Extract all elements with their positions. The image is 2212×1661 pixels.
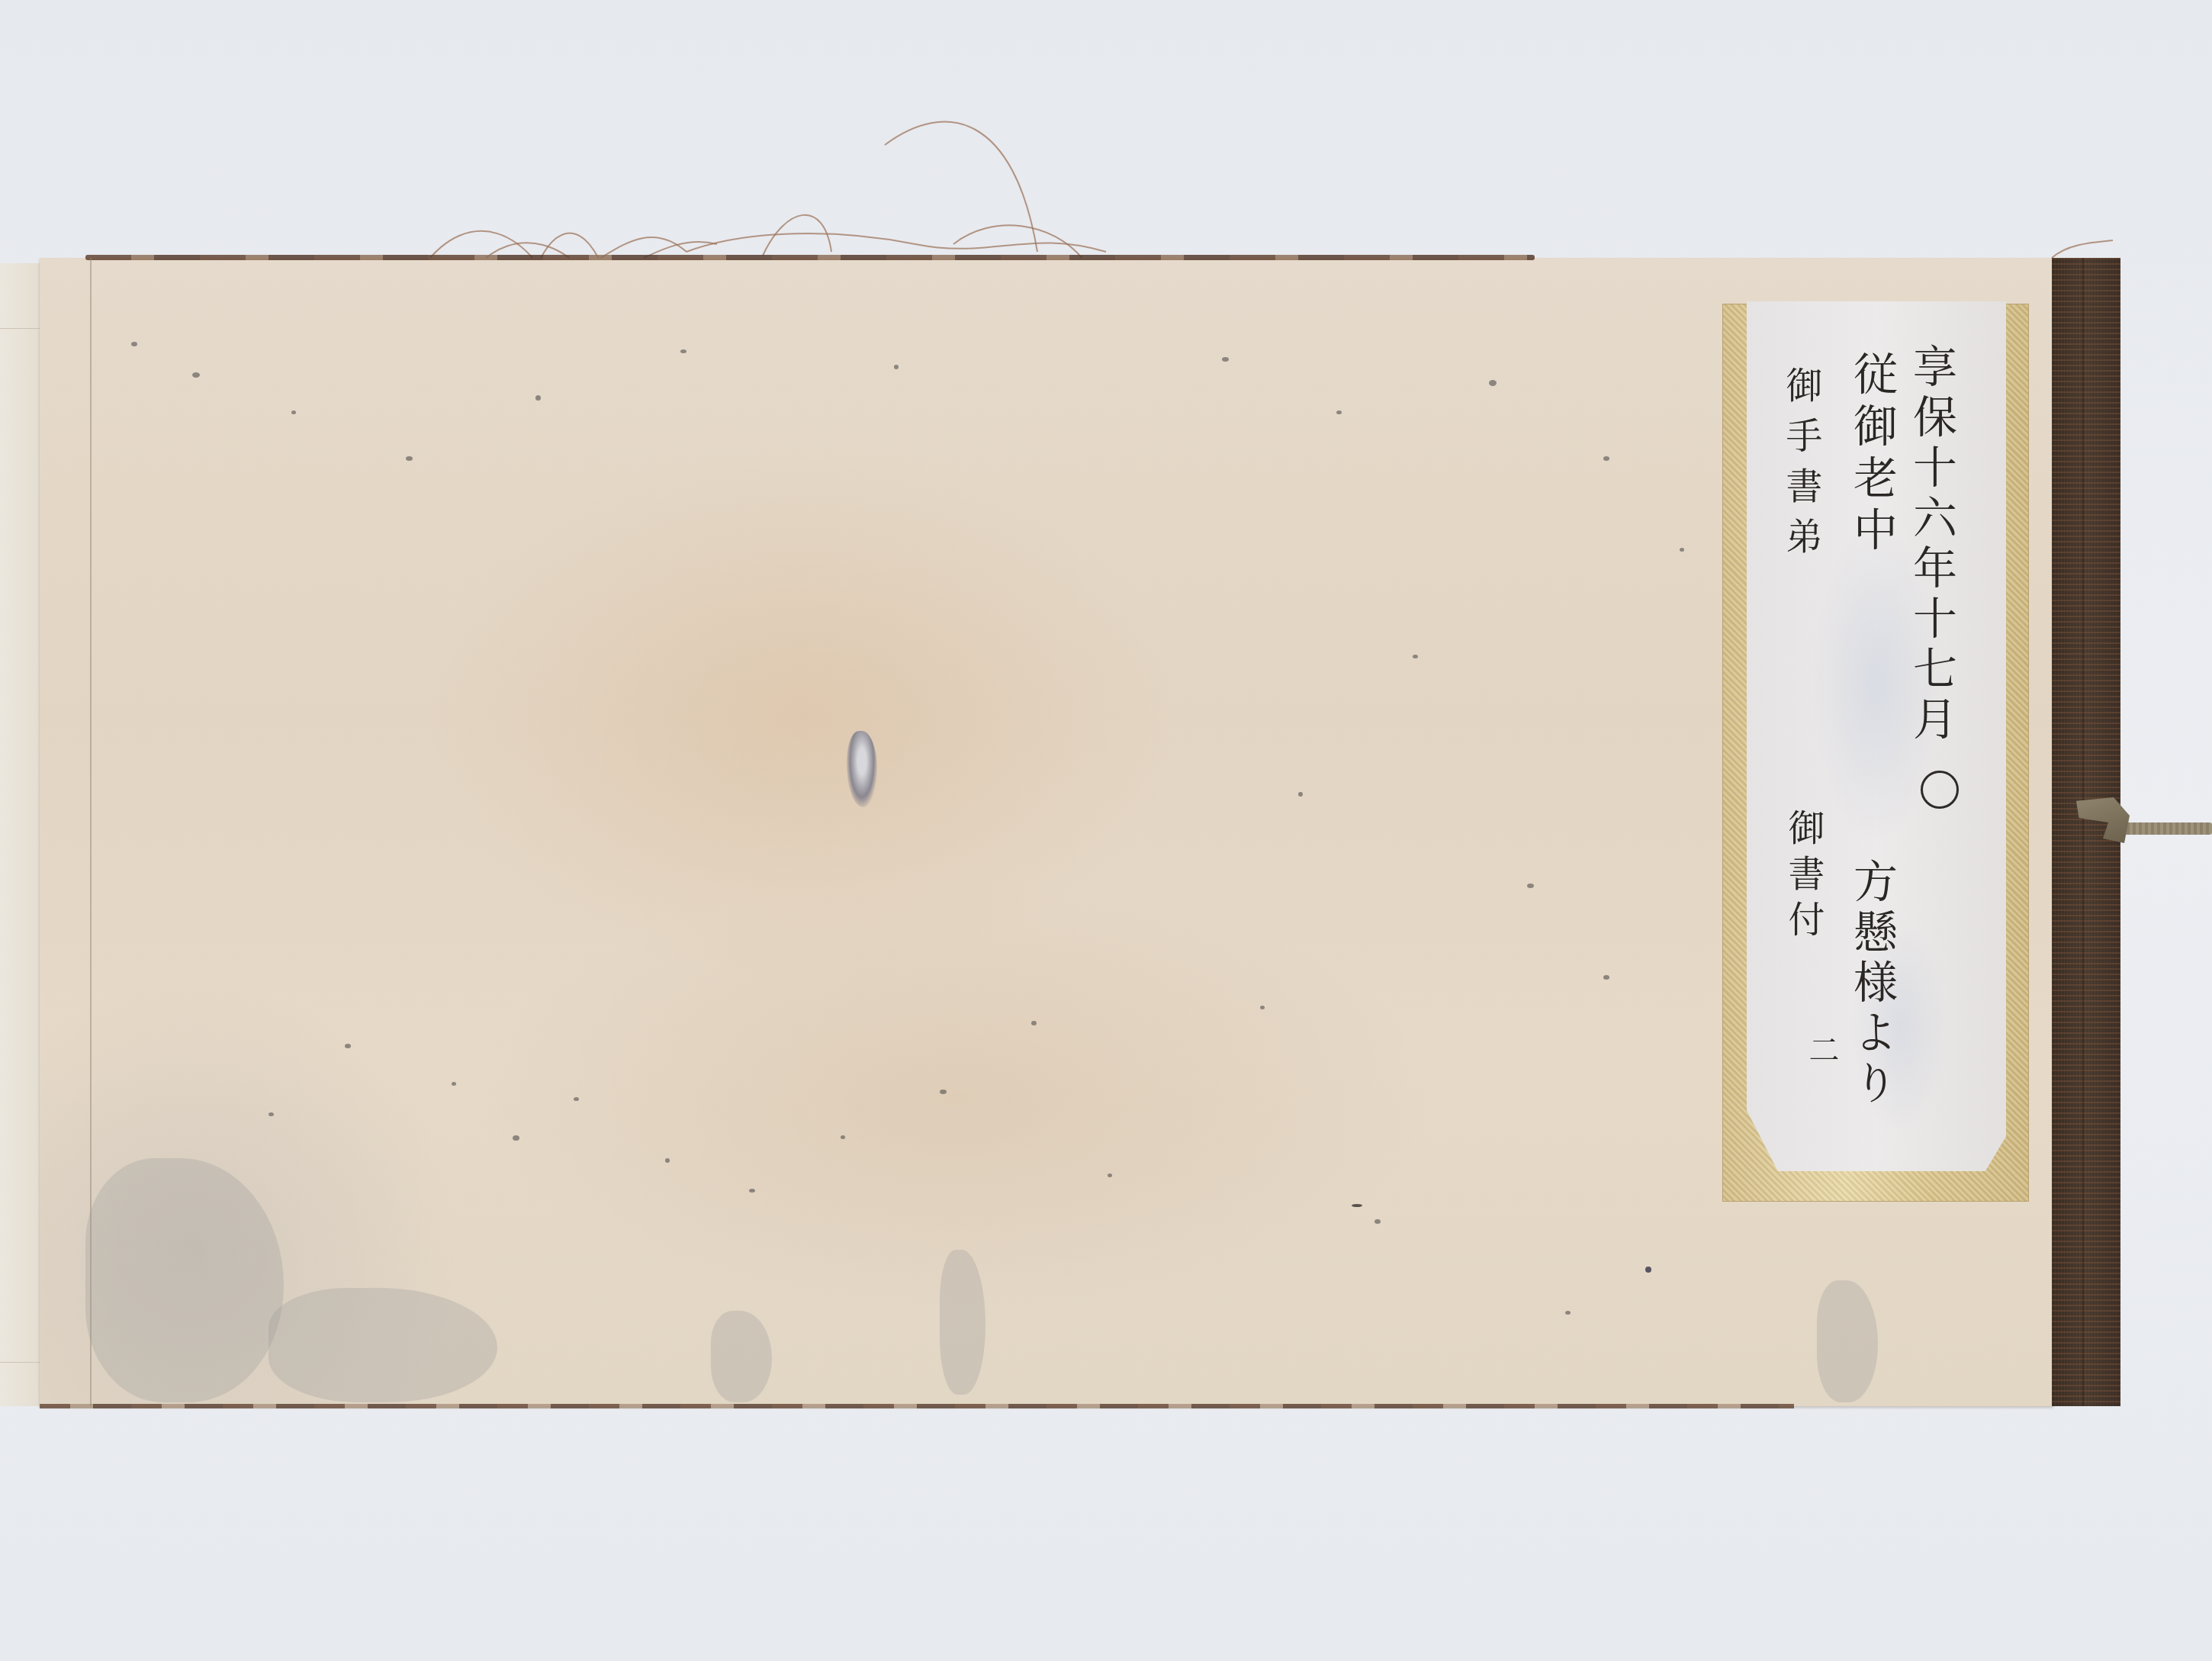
- label-column-note: 御書付: [1785, 809, 1821, 946]
- label-column-official: 方懸様より: [1850, 858, 1894, 1110]
- fold-line: [0, 1362, 40, 1363]
- water-stain: [940, 1250, 985, 1395]
- worm-damage-hole: [847, 731, 877, 807]
- inner-scroll-sheet: [0, 263, 41, 1406]
- label-column-document: 御手書弟: [1783, 366, 1819, 568]
- label-column-from: 従御老中: [1850, 351, 1894, 558]
- water-stain: [85, 1158, 284, 1402]
- water-stain: [1817, 1280, 1878, 1402]
- binding-fold-line: [2082, 258, 2084, 1406]
- tie-cord: [2120, 822, 2212, 835]
- water-stain: [711, 1311, 772, 1402]
- circle-mark: [1921, 771, 1959, 809]
- label-column-date: 享保十六年十七月: [1909, 343, 1953, 746]
- volume-number: 二: [1806, 1034, 1837, 1064]
- worn-top-edge: [85, 255, 1535, 260]
- fold-line: [0, 328, 40, 329]
- water-stain: [268, 1288, 497, 1402]
- worn-bottom-edge: [40, 1404, 1794, 1408]
